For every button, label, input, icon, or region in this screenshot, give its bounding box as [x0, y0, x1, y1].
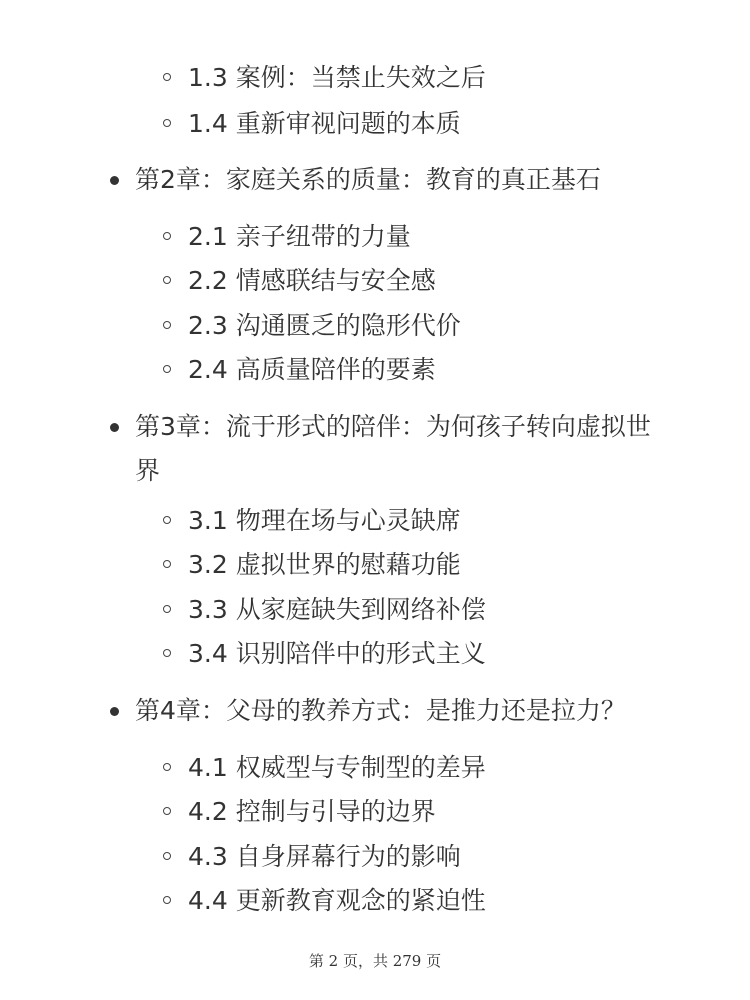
section-title: 2.4 高质量陪伴的要素	[188, 348, 436, 392]
section-title: 2.1 亲子纽带的力量	[188, 215, 411, 259]
hollow-bullet-icon	[163, 852, 171, 860]
section-item: 3.4 识别陪伴中的形式主义	[163, 632, 486, 676]
section-item: 3.3 从家庭缺失到网络补偿	[163, 588, 486, 632]
hollow-bullet-icon	[163, 73, 171, 81]
section-title: 1.4 重新审视问题的本质	[188, 102, 461, 146]
hollow-bullet-icon	[163, 365, 171, 373]
section-title: 3.3 从家庭缺失到网络补偿	[188, 588, 486, 632]
hollow-bullet-icon	[163, 321, 171, 329]
filled-bullet-icon	[110, 707, 119, 716]
hollow-bullet-icon	[163, 276, 171, 284]
hollow-bullet-icon	[163, 560, 171, 568]
section-item: 2.2 情感联结与安全感	[163, 259, 436, 303]
section-title: 3.4 识别陪伴中的形式主义	[188, 632, 486, 676]
section-title: 2.2 情感联结与安全感	[188, 259, 436, 303]
section-item: 1.3 案例：当禁止失效之后	[163, 56, 486, 100]
hollow-bullet-icon	[163, 232, 171, 240]
chapter-title: 第2章：家庭关系的质量：教育的真正基石	[135, 158, 670, 202]
section-item: 3.2 虚拟世界的慰藉功能	[163, 543, 461, 587]
hollow-bullet-icon	[163, 119, 171, 127]
section-item: 2.3 沟通匮乏的隐形代价	[163, 304, 461, 348]
section-item: 1.4 重新审视问题的本质	[163, 102, 461, 146]
hollow-bullet-icon	[163, 649, 171, 657]
section-item: 4.1 权威型与专制型的差异	[163, 746, 486, 790]
chapter-item: 第2章：家庭关系的质量：教育的真正基石	[110, 158, 670, 202]
chapter-title: 第4章：父母的教养方式：是推力还是拉力？	[135, 689, 670, 733]
filled-bullet-icon	[110, 176, 119, 185]
hollow-bullet-icon	[163, 605, 171, 613]
section-item: 4.2 控制与引导的边界	[163, 790, 436, 834]
section-title: 3.1 物理在场与心灵缺席	[188, 499, 461, 543]
hollow-bullet-icon	[163, 807, 171, 815]
hollow-bullet-icon	[163, 896, 171, 904]
chapter-item: 第4章：父母的教养方式：是推力还是拉力？	[110, 689, 670, 733]
hollow-bullet-icon	[163, 516, 171, 524]
section-title: 4.2 控制与引导的边界	[188, 790, 436, 834]
filled-bullet-icon	[110, 423, 119, 432]
section-title: 4.4 更新教育观念的紧迫性	[188, 879, 486, 923]
section-item: 3.1 物理在场与心灵缺席	[163, 499, 461, 543]
page-number-footer: 第 2 页，共 279 页	[0, 950, 750, 971]
section-title: 4.1 权威型与专制型的差异	[188, 746, 486, 790]
section-title: 2.3 沟通匮乏的隐形代价	[188, 304, 461, 348]
section-title: 4.3 自身屏幕行为的影响	[188, 835, 461, 879]
chapter-item: 第3章：流于形式的陪伴：为何孩子转向虚拟世界	[110, 405, 670, 493]
section-item: 2.4 高质量陪伴的要素	[163, 348, 436, 392]
section-item: 2.1 亲子纽带的力量	[163, 215, 411, 259]
hollow-bullet-icon	[163, 763, 171, 771]
section-item: 4.3 自身屏幕行为的影响	[163, 835, 461, 879]
section-title: 1.3 案例：当禁止失效之后	[188, 56, 486, 100]
section-title: 3.2 虚拟世界的慰藉功能	[188, 543, 461, 587]
chapter-title: 第3章：流于形式的陪伴：为何孩子转向虚拟世界	[135, 405, 670, 493]
document-page: 1.3 案例：当禁止失效之后1.4 重新审视问题的本质第2章：家庭关系的质量：教…	[0, 0, 750, 1000]
section-item: 4.4 更新教育观念的紧迫性	[163, 879, 486, 923]
